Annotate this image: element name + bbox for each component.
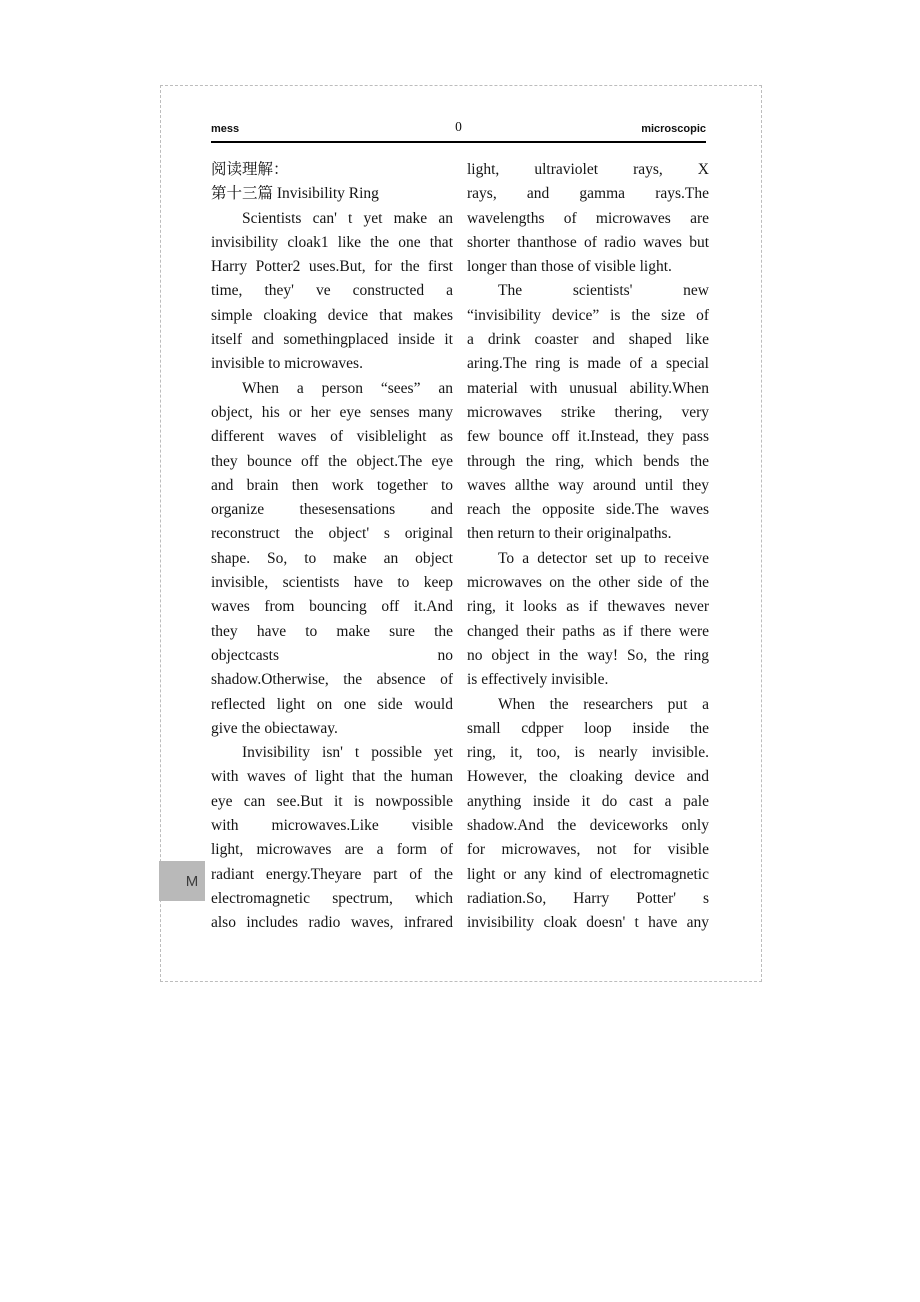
text-line: When the researchers put a <box>467 693 709 717</box>
header-rule <box>211 141 706 143</box>
text-columns: 阅读理解：第十三篇 Invisibility RingScientists ca… <box>211 158 706 936</box>
text-line: itself and somethingplaced inside it <box>211 328 453 352</box>
text-line: and brain then work together to <box>211 474 453 498</box>
text-column-right: light, ultraviolet rays, Xrays, and gamm… <box>467 158 709 936</box>
text-line: they bounce off the object.The eye <box>211 450 453 474</box>
text-line: with waves of light that the human <box>211 765 453 789</box>
margin-marker[interactable]: M <box>159 861 205 901</box>
text-line: To a detector set up to receive <box>467 547 709 571</box>
paragraph: 阅读理解： <box>211 158 453 182</box>
text-line: radiation.So, Harry Potter' s <box>467 887 709 911</box>
text-line: objectcasts no <box>211 644 453 668</box>
paragraph: Scientists can' t yet make aninvisibilit… <box>211 207 453 377</box>
text-line: is effectively invisible. <box>467 668 709 692</box>
paragraph: When the researchers put asmall cdpper l… <box>467 693 709 936</box>
text-line: aring.The ring is made of a special <box>467 352 709 376</box>
text-line: time, they' ve constructed a <box>211 279 453 303</box>
text-line: small cdpper loop inside the <box>467 717 709 741</box>
text-line: for microwaves, not for visible <box>467 838 709 862</box>
text-line: reflected light on one side would <box>211 693 453 717</box>
paragraph: Invisibility isn' t possible yetwith wav… <box>211 741 453 935</box>
page-header: mess 0 microscopic <box>211 86 706 135</box>
text-line: they have to make sure the <box>211 620 453 644</box>
text-line: organize thesesensations and <box>211 498 453 522</box>
margin-marker-label: M <box>186 873 199 890</box>
page-number: 0 <box>455 119 462 135</box>
text-line: radiant energy.Theyare part of the <box>211 863 453 887</box>
paragraph: light, ultraviolet rays, Xrays, and gamm… <box>467 158 709 279</box>
text-line: microwaves strike thering, very <box>467 401 709 425</box>
text-line: 阅读理解： <box>211 158 453 182</box>
text-line: However, the cloaking device and <box>467 765 709 789</box>
text-line: anything inside it do cast a pale <box>467 790 709 814</box>
text-line: wavelengths of microwaves are <box>467 207 709 231</box>
text-line: invisibility cloak1 like the one that <box>211 231 453 255</box>
text-line: a drink coaster and shaped like <box>467 328 709 352</box>
text-line: material with unusual ability.When <box>467 377 709 401</box>
text-line: with microwaves.Like visible <box>211 814 453 838</box>
header-left-text: mess <box>211 123 239 135</box>
text-line: waves from bouncing off it.And <box>211 595 453 619</box>
text-line: object, his or her eye senses many <box>211 401 453 425</box>
text-line: When a person “sees” an <box>211 377 453 401</box>
text-line: few bounce off it.Instead, they pass <box>467 425 709 449</box>
text-line: Scientists can' t yet make an <box>211 207 453 231</box>
text-line: invisibility cloak doesn' t have any <box>467 911 709 935</box>
paragraph: To a detector set up to receivemicrowave… <box>467 547 709 693</box>
text-line: Harry Potter2 uses.But, for the first <box>211 255 453 279</box>
document-page: mess 0 microscopic 阅读理解：第十三篇 Invisibilit… <box>160 85 762 982</box>
paragraph: The scientists' new“invisibility device”… <box>467 279 709 546</box>
text-line: “invisibility device” is the size of <box>467 304 709 328</box>
text-line: longer than those of visible light. <box>467 255 709 279</box>
text-line: then return to their originalpaths. <box>467 522 709 546</box>
text-line: electromagnetic spectrum, which <box>211 887 453 911</box>
text-column-left: 阅读理解：第十三篇 Invisibility RingScientists ca… <box>211 158 453 936</box>
paragraph: When a person “sees” anobject, his or he… <box>211 377 453 741</box>
text-line: reach the opposite side.The waves <box>467 498 709 522</box>
text-line: simple cloaking device that makes <box>211 304 453 328</box>
text-line: give the obiectaway. <box>211 717 453 741</box>
text-line: 第十三篇 Invisibility Ring <box>211 182 453 206</box>
text-line: through the ring, which bends the <box>467 450 709 474</box>
text-line: shadow.Otherwise, the absence of <box>211 668 453 692</box>
text-line: invisible to microwaves. <box>211 352 453 376</box>
text-line: rays, and gamma rays.The <box>467 182 709 206</box>
text-line: eye can see.But it is nowpossible <box>211 790 453 814</box>
text-line: microwaves on the other side of the <box>467 571 709 595</box>
paragraph: 第十三篇 Invisibility Ring <box>211 182 453 206</box>
text-line: shape. So, to make an object <box>211 547 453 571</box>
text-line: invisible, scientists have to keep <box>211 571 453 595</box>
text-line: ring, it looks as if thewaves never <box>467 595 709 619</box>
text-line: also includes radio waves, infrared <box>211 911 453 935</box>
header-right-text: microscopic <box>641 123 706 135</box>
page: mess 0 microscopic 阅读理解：第十三篇 Invisibilit… <box>0 0 920 1302</box>
text-line: light, microwaves are a form of <box>211 838 453 862</box>
text-line: ring, it, too, is nearly invisible. <box>467 741 709 765</box>
text-line: light, ultraviolet rays, X <box>467 158 709 182</box>
text-line: light or any kind of electromagnetic <box>467 863 709 887</box>
text-line: changed their paths as if there were <box>467 620 709 644</box>
text-line: shorter thanthose of radio waves but <box>467 231 709 255</box>
text-line: waves allthe way around until they <box>467 474 709 498</box>
text-line: no object in the way! So, the ring <box>467 644 709 668</box>
text-line: reconstruct the object' s original <box>211 522 453 546</box>
text-line: Invisibility isn' t possible yet <box>211 741 453 765</box>
text-line: The scientists' new <box>467 279 709 303</box>
text-line: shadow.And the deviceworks only <box>467 814 709 838</box>
text-line: different waves of visiblelight as <box>211 425 453 449</box>
